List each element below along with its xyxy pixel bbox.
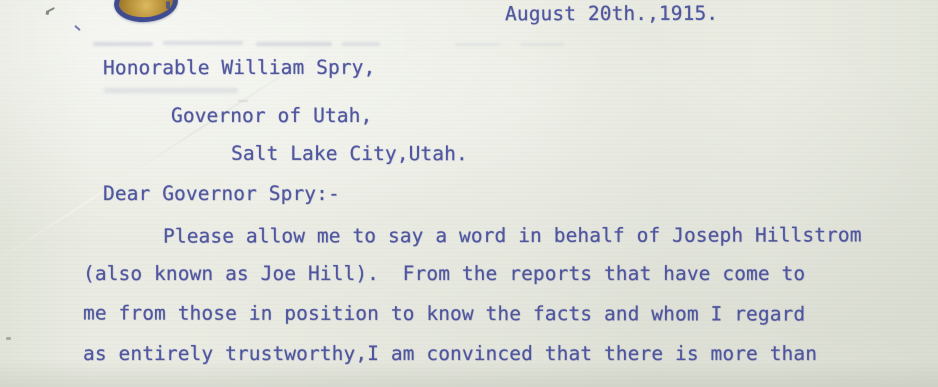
recipient-name-line: Honorable William Spry, [103,56,375,80]
erased-typed-line-segment [520,43,564,46]
ink-fleck [6,337,11,340]
body-line: (also known as Joe Hill). From the repor… [83,262,805,286]
body-line: Please allow me to say a word in behalf … [163,223,862,248]
ink-fleck [74,25,81,31]
seal-ink-mark [166,1,170,9]
date-line: August 20th.,1915. [505,2,718,27]
erased-typed-line-segment [342,42,380,46]
erased-typed-line-segment [163,41,243,45]
salutation-line: Dear Governor Spry:- [103,182,340,206]
body-line: me from those in position to know the fa… [83,301,805,326]
ink-fleck [46,7,55,13]
letter-page: August 20th.,1915. Honorable William Spr… [0,0,938,387]
ink-smudge [104,88,238,93]
recipient-title-line: Governor of Utah, [171,104,372,128]
erased-typed-line-segment [93,42,153,46]
erased-typed-line-segment [256,42,332,46]
body-line: as entirely trustworthy,I am convinced t… [83,342,817,366]
ink-fleck [238,100,248,102]
recipient-city-line: Salt Lake City,Utah. [231,142,468,166]
erased-typed-line-segment [455,43,501,46]
